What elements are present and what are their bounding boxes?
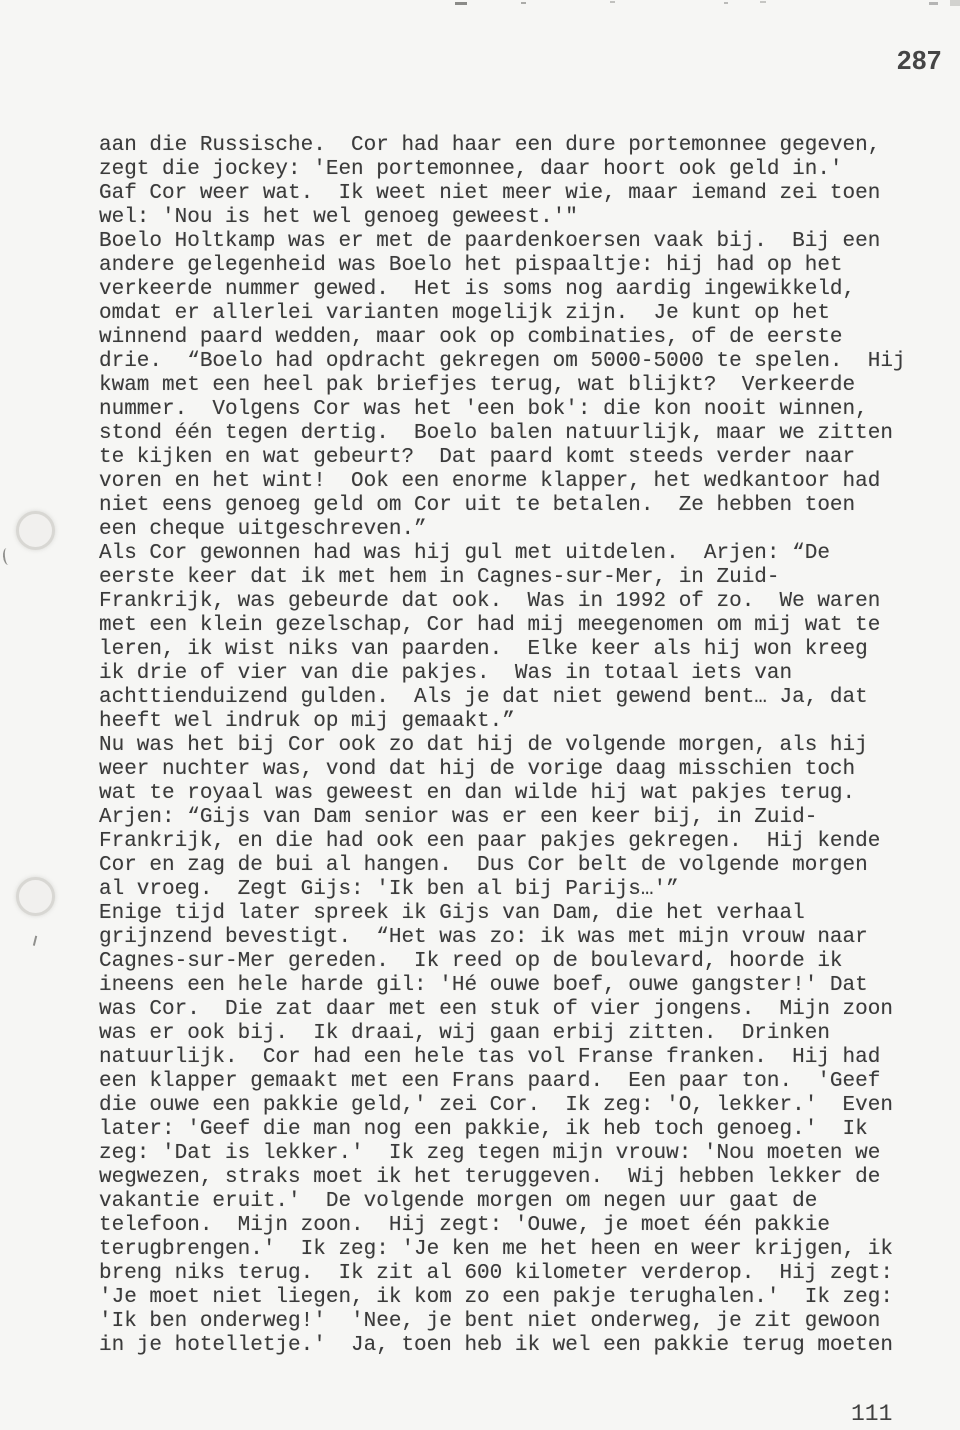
text-line: ik drie of vier van die pakjes. Was in t… (99, 662, 929, 686)
text-line: voren en het wint! Ook een enorme klappe… (99, 470, 929, 494)
scan-artifact (929, 2, 938, 5)
text-line: met een klein gezelschap, Cor had mij me… (99, 614, 929, 638)
text-line: Nu was het bij Cor ook zo dat hij de vol… (99, 734, 929, 758)
text-line: kwam met een heel pak briefjes terug, wa… (99, 374, 929, 398)
text-line: aan die Russische. Cor had haar een dure… (99, 134, 929, 158)
text-line: in je hotelletje.' Ja, toen heb ik wel e… (99, 1334, 929, 1358)
punch-hole-mark (16, 511, 55, 550)
text-line: breng niks terug. Ik zit al 600 kilomete… (99, 1262, 929, 1286)
text-line: die ouwe een pakkie geld,' zei Cor. Ik z… (99, 1094, 929, 1118)
text-line: omdat er allerlei varianten mogelijk zij… (99, 302, 929, 326)
page-number-top: 287 (897, 47, 942, 73)
text-line: vakantie eruit.' De volgende morgen om n… (99, 1190, 929, 1214)
scan-artifact (455, 2, 467, 5)
text-line: drie. “Boelo had opdracht gekregen om 50… (99, 350, 929, 374)
pen-mark (2, 548, 13, 566)
scan-artifact (724, 2, 728, 4)
text-line: nummer. Volgens Cor was het 'een bok': d… (99, 398, 929, 422)
pen-mark (33, 936, 39, 947)
text-line: wegwezen, straks moet ik het teruggeven.… (99, 1166, 929, 1190)
body-text-block: aan die Russische. Cor had haar een dure… (99, 134, 929, 1358)
text-line: terugbrengen.' Ik zeg: 'Je ken me het he… (99, 1238, 929, 1262)
scanned-book-page: 287 aan die Russische. Cor had haar een … (0, 0, 960, 1430)
text-line: wel: 'Nou is het wel genoeg geweest.'" (99, 206, 929, 230)
text-line: grijnzend bevestigt. “Het was zo: ik was… (99, 926, 929, 950)
text-line: niet eens genoeg geld om Cor uit te beta… (99, 494, 929, 518)
text-line: stond één tegen dertig. Boelo balen natu… (99, 422, 929, 446)
text-line: weer nuchter was, vond dat hij de vorige… (99, 758, 929, 782)
text-line: 'Ik ben onderweg!' 'Nee, je bent niet on… (99, 1310, 929, 1334)
text-line: eerste keer dat ik met hem in Cagnes-sur… (99, 566, 929, 590)
text-line: achttienduizend gulden. Als je dat niet … (99, 686, 929, 710)
text-line: winnend paard wedden, maar ook op combin… (99, 326, 929, 350)
text-line: Cor en zag de bui al hangen. Dus Cor bel… (99, 854, 929, 878)
text-line: Frankrijk, en die had ook een paar pakje… (99, 830, 929, 854)
text-line: natuurlijk. Cor had een hele tas vol Fra… (99, 1046, 929, 1070)
text-line: al vroeg. Zegt Gijs: 'Ik ben al bij Pari… (99, 878, 929, 902)
text-line: wat te royaal was geweest en dan wilde h… (99, 782, 929, 806)
text-line: was er ook bij. Ik draai, wij gaan erbij… (99, 1022, 929, 1046)
text-line: andere gelegenheid was Boelo het pispaal… (99, 254, 929, 278)
punch-hole-mark (16, 877, 55, 916)
text-line: was Cor. Die zat daar met een stuk of vi… (99, 998, 929, 1022)
scan-artifact (521, 2, 526, 4)
text-line: een cheque uitgeschreven.” (99, 518, 929, 542)
text-line: Als Cor gewonnen had was hij gul met uit… (99, 542, 929, 566)
text-line: Enige tijd later spreek ik Gijs van Dam,… (99, 902, 929, 926)
text-line: leren, ik wist niks van paarden. Elke ke… (99, 638, 929, 662)
text-line: Arjen: “Gijs van Dam senior was er een k… (99, 806, 929, 830)
text-line: Frankrijk, was gebeurde dat ook. Was in … (99, 590, 929, 614)
text-line: Gaf Cor weer wat. Ik weet niet meer wie,… (99, 182, 929, 206)
text-line: telefoon. Mijn zoon. Hij zegt: 'Ouwe, je… (99, 1214, 929, 1238)
text-line: zegt die jockey: 'Een portemonnee, daar … (99, 158, 929, 182)
text-line: een klapper gemaakt met een Frans paard.… (99, 1070, 929, 1094)
page-number-bottom: 111 (851, 1403, 892, 1426)
text-line: zeg: 'Dat is lekker.' Ik zeg tegen mijn … (99, 1142, 929, 1166)
text-line: ineens een hele harde gil: 'Hé ouwe boef… (99, 974, 929, 998)
text-line: te kijken en wat gebeurt? Dat paard komt… (99, 446, 929, 470)
text-line: heeft wel indruk op mij gemaakt.” (99, 710, 929, 734)
text-line: Cagnes-sur-Mer gereden. Ik reed op de bo… (99, 950, 929, 974)
scan-artifact (610, 1, 615, 3)
text-line: verkeerde nummer gewed. Het is soms nog … (99, 278, 929, 302)
scan-artifact (760, 1, 766, 3)
text-line: 'Je moet niet liegen, ik kom zo een pakj… (99, 1286, 929, 1310)
text-line: later: 'Geef die man nog een pakkie, ik … (99, 1118, 929, 1142)
scan-artifact (950, 0, 960, 6)
text-line: Boelo Holtkamp was er met de paardenkoer… (99, 230, 929, 254)
